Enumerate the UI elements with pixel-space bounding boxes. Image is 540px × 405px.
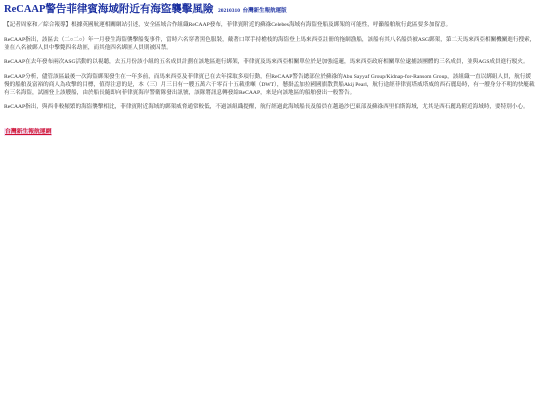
article: ReCAAP警告菲律賓海域附近有海盜襲擊風險 20210310 台灣新生報航運版…	[0, 0, 540, 137]
paragraph-1: 【記者周家和／綜合報導】根據英國航運相關網站引述，安全區域合作組織ReCAAP發…	[4, 21, 536, 29]
paragraph-4: ReCAAP分析，儘管該區最後一次海盜綁架發生在一年多前，而馬來西亞及菲律賓已在…	[4, 73, 536, 97]
paragraph-5: ReCAAP指出，與西非較頻繁的海盜襲擊相比，菲律賓附近海域的綁架威脅通常較低，…	[4, 103, 536, 111]
paragraph-2: ReCAAP指出，該區去（二○二○）年一月發生海盜襲擊船隻事件，當時六名穿著黑色…	[4, 36, 536, 52]
article-title: ReCAAP警告菲律賓海域附近有海盜襲擊風險 20210310 台灣新生報航運版	[4, 3, 536, 18]
source-link[interactable]: 台灣新生報航運網	[4, 128, 52, 136]
paragraph-3: ReCAAP在去年發布兩次ASG活動的以視聽，去五月份該小組的五名成員計劃在該地…	[4, 58, 536, 66]
article-source: 台灣新生報航運版	[243, 8, 287, 14]
article-date: 20210310	[218, 8, 240, 14]
headline: ReCAAP警告菲律賓海域附近有海盜襲擊風險	[4, 4, 213, 15]
